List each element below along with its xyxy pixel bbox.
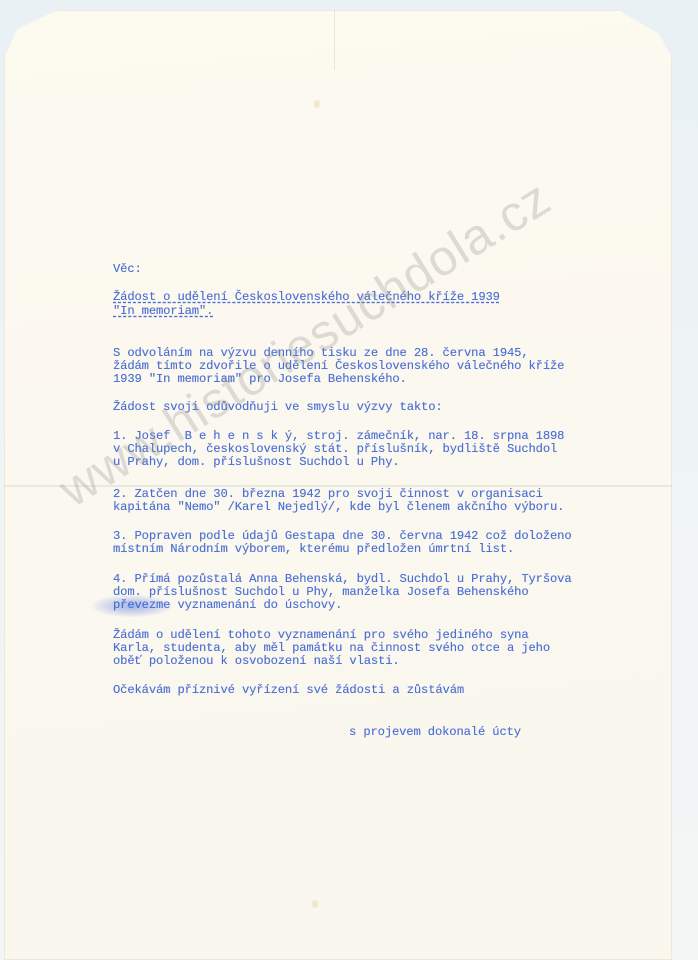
signoff-line: s projevem dokonalé úcty <box>349 726 521 739</box>
scanned-document: Věc: Žádost o udělení Československého v… <box>0 0 698 960</box>
paper-sheet: Věc: Žádost o udělení Československého v… <box>4 10 672 960</box>
subject-line-1: Žádost o udělení Československého válečn… <box>113 291 500 304</box>
subject-label: Věc: <box>113 263 142 276</box>
paper-stain <box>312 900 318 908</box>
paper-stain <box>314 100 320 108</box>
closing-line: Očekávám příznivé vyřízení své žádosti a… <box>113 684 464 697</box>
intro-line: 1939 "In memoriam" pro Josefa Behenského… <box>113 373 407 386</box>
point-line: u Prahy, dom. příslušnost Suchdol u Phy. <box>113 456 400 469</box>
point-line: místním Národním výborem, kterému předlo… <box>113 543 514 556</box>
vertical-fold-crease <box>334 10 335 70</box>
point-line: kapitána "Nemo" /Karel Nejedlý/, kde byl… <box>113 501 564 514</box>
point-line: převezme vyznamenání do úschovy. <box>113 599 342 612</box>
request-line: oběť položenou k osvobození naší vlasti. <box>113 655 400 668</box>
subject-line-2: "In memoriam". <box>113 305 213 318</box>
justification-lead: Žádost svoji odůvodňuji ve smyslu výzvy … <box>113 401 443 414</box>
